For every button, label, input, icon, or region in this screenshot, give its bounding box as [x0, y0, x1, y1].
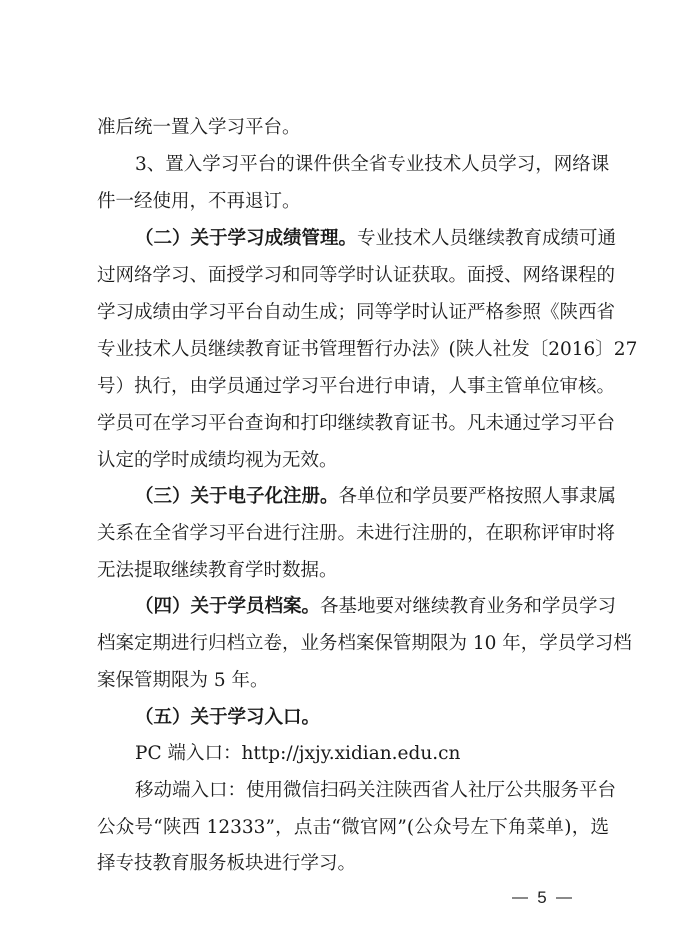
paragraph-line: 件一经使用，不再退订。 — [97, 187, 609, 217]
paragraph-line: 认定的学时成绩均视为无效。 — [97, 446, 609, 476]
section-heading-line: （四）关于学员档案。各基地要对继续教育业务和学员学习 — [135, 592, 609, 622]
paragraph-line: 择专技教育服务板块进行学习。 — [97, 849, 609, 879]
section-heading-line: （三）关于电子化注册。各单位和学员要严格按照人事隶属 — [135, 482, 609, 512]
mobile-entry-line: 移动端入口：使用微信扫码关注陕西省人社厅公共服务平台 — [135, 776, 609, 806]
paragraph-line: 档案定期进行归档立卷，业务档案保管期限为 10 年，学员学习档 — [97, 629, 609, 659]
section-heading-line: （五）关于学习入口。 — [135, 703, 609, 733]
paragraph-line: 3、置入学习平台的课件供全省专业技术人员学习，网络课 — [135, 150, 609, 180]
section-heading: （二）关于学习成绩管理。 — [135, 228, 357, 249]
section-heading: （五）关于学习入口。 — [135, 707, 320, 728]
section-heading-line: （二）关于学习成绩管理。专业技术人员继续教育成绩可通 — [135, 224, 609, 254]
paragraph-line: 无法提取继续教育学时数据。 — [97, 556, 609, 586]
paragraph-line: 学习成绩由学习平台自动生成；同等学时认证严格参照《陕西省 — [97, 298, 609, 328]
paragraph-line: 公众号“陕西 12333”，点击“微官网”(公众号左下角菜单)，选 — [97, 813, 609, 843]
page-number: 5 — [512, 886, 572, 910]
paragraph-line: 号）执行，由学员通过学习平台进行申请，人事主管单位审核。 — [97, 372, 609, 402]
pc-entry-line: PC 端入口：http://jxjy.xidian.edu.cn — [135, 739, 609, 769]
paragraph-line: 关系在全省学习平台进行注册。未进行注册的，在职称评审时将 — [97, 519, 609, 549]
page-number-text: 5 — [537, 888, 546, 908]
paragraph-line: 专业技术人员继续教育证书管理暂行办法》(陕人社发〔2016〕27 — [97, 335, 609, 365]
paragraph-line: 学员可在学习平台查询和打印继续教育证书。凡未通过学习平台 — [97, 409, 609, 439]
paragraph-line: 准后统一置入学习平台。 — [97, 113, 609, 143]
section-heading: （三）关于电子化注册。 — [135, 486, 339, 507]
paragraph-line: 过网络学习、面授学习和同等学时认证获取。面授、网络课程的 — [97, 261, 609, 291]
paragraph-line: 案保管期限为 5 年。 — [97, 666, 609, 696]
document-page: 准后统一置入学习平台。 3、置入学习平台的课件供全省专业技术人员学习，网络课 件… — [0, 0, 698, 945]
dash-decoration — [556, 897, 572, 899]
section-heading: （四）关于学员档案。 — [135, 596, 320, 617]
dash-decoration — [512, 897, 528, 899]
